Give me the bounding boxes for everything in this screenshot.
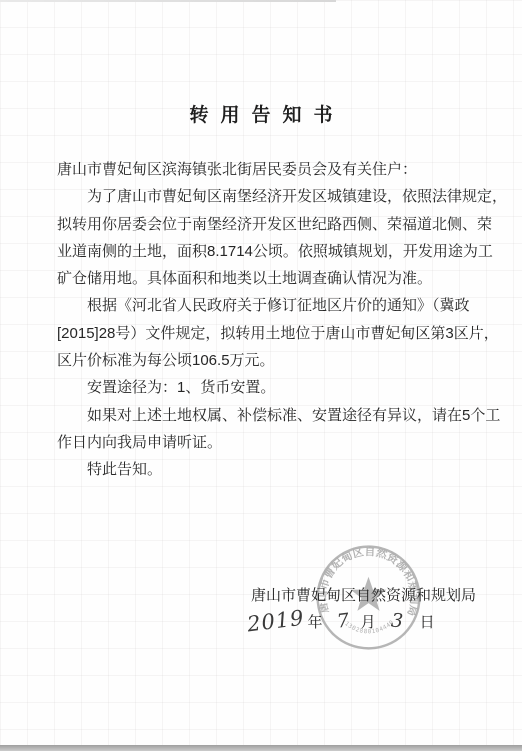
body-line: 作日内向我局申请听证。	[57, 429, 479, 456]
handwritten-year: 2019	[246, 606, 306, 637]
body-line: 根据《河北省人民政府关于修订征地区片价的通知》（冀政	[57, 292, 479, 319]
day-label: 日	[420, 611, 435, 632]
handwritten-month: 7	[336, 609, 352, 632]
scanned-notice-page: 转用告知书 唐山市曹妃甸区滨海镇张北街居民委员会及有关住户： 为了唐山市曹妃甸区…	[0, 0, 522, 751]
document-title: 转用告知书	[0, 100, 522, 127]
body-line: 矿仓储用地。具体面积和地类以土地调查确认情况为准。	[57, 265, 479, 292]
handwritten-day: 3	[390, 610, 405, 633]
document-body: 唐山市曹妃甸区滨海镇张北街居民委员会及有关住户： 为了唐山市曹妃甸区南堡经济开发…	[57, 156, 479, 484]
signature-date: 2019 年 7 月 3 日	[247, 604, 435, 638]
body-line: 如果对上述土地权属、补偿标准、安置途径有异议，请在5个工	[57, 402, 479, 429]
body-line: 拟转用你居委会位于南堡经济开发区世纪路西侧、荣福道北侧、荣	[57, 211, 479, 238]
body-line: 为了唐山市曹妃甸区南堡经济开发区城镇建设，依照法律规定，	[57, 183, 479, 210]
scan-edge-bottom	[0, 745, 522, 751]
scan-edge-top	[0, 0, 336, 2]
body-line: [2015]28号）文件规定，拟转用土地位于唐山市曹妃甸区第3区片，	[57, 320, 479, 347]
year-label: 年	[307, 611, 322, 632]
body-line: 业道南侧的土地，面积8.1714公顷。依照城镇规划，开发用途为工	[57, 238, 479, 265]
signature-agency: 唐山市曹妃甸区自然资源和规划局	[251, 584, 476, 605]
body-line: 安置途径为：1、货币安置。	[57, 374, 479, 401]
month-label: 月	[361, 611, 376, 632]
greeting-line: 唐山市曹妃甸区滨海镇张北街居民委员会及有关住户：	[57, 156, 479, 183]
closing-line: 特此告知。	[57, 456, 479, 483]
body-line: 区片价标准为每公顷106.5万元。	[57, 347, 479, 374]
